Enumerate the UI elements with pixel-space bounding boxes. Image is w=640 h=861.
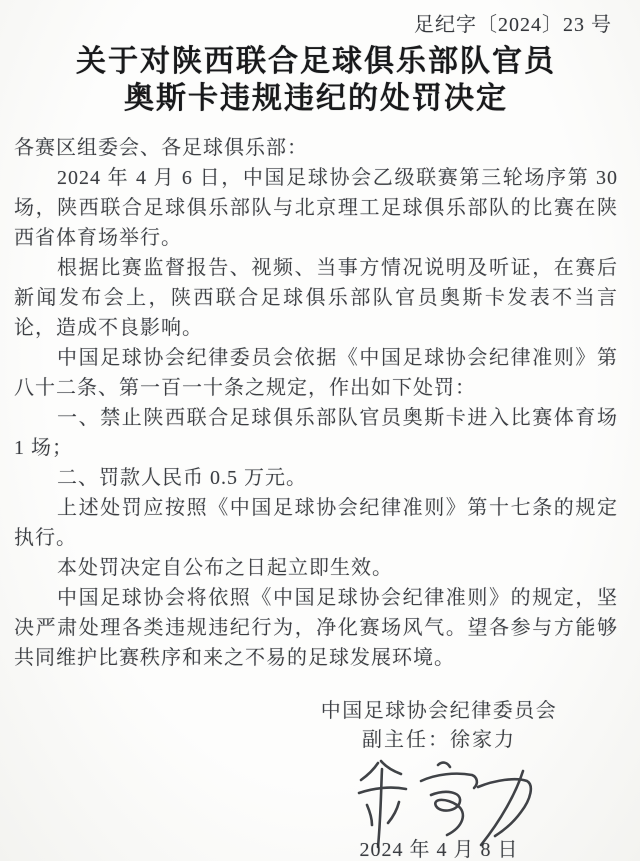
body-paragraph: 中国足球协会纪律委员会依据《中国足球协会纪律准则》第八十二条、第一百一十条之规定…	[14, 343, 618, 403]
body-paragraph: 一、禁止陕西联合足球俱乐部队官员奥斯卡进入比赛体育场 1 场；	[14, 403, 618, 463]
body-paragraph: 上述处罚应按照《中国足球协会纪律准则》第十七条的规定执行。	[14, 493, 618, 553]
body-paragraph: 二、罚款人民币 0.5 万元。	[14, 463, 618, 493]
signature-signer-title: 副主任：徐家力	[314, 728, 564, 752]
doc-title-line2: 奥斯卡违规违纪的处罚决定	[14, 80, 618, 117]
salutation: 各赛区组委会、各足球俱乐部：	[14, 133, 618, 163]
signature-block: 中国足球协会纪律委员会 副主任：徐家力 2024 年 4 月 8 日	[314, 699, 564, 861]
body-paragraph: 本处罚决定自公布之日起立即生效。	[14, 553, 618, 583]
body-paragraph: 中国足球协会将依照《中国足球协会纪律准则》的规定，坚决严肃处理各类违规违纪行为，…	[14, 583, 618, 673]
doc-title-line1: 关于对陕西联合足球俱乐部队官员	[14, 43, 618, 80]
document-page: 足纪字〔2024〕23 号 关于对陕西联合足球俱乐部队官员 奥斯卡违规违纪的处罚…	[0, 0, 640, 861]
body-paragraph: 2024 年 4 月 6 日，中国足球协会乙级联赛第三轮场序第 30 场，陕西联…	[14, 163, 618, 253]
body-paragraphs: 2024 年 4 月 6 日，中国足球协会乙级联赛第三轮场序第 30 场，陕西联…	[14, 163, 618, 673]
body-paragraph: 根据比赛监督报告、视频、当事方情况说明及听证，在赛后新闻发布会上，陕西联合足球俱…	[14, 253, 618, 343]
signature-organization: 中国足球协会纪律委员会	[314, 699, 564, 723]
handwritten-signature-icon	[350, 754, 550, 850]
doc-number: 足纪字〔2024〕23 号	[14, 8, 618, 37]
doc-title: 关于对陕西联合足球俱乐部队官员 奥斯卡违规违纪的处罚决定	[14, 43, 618, 117]
